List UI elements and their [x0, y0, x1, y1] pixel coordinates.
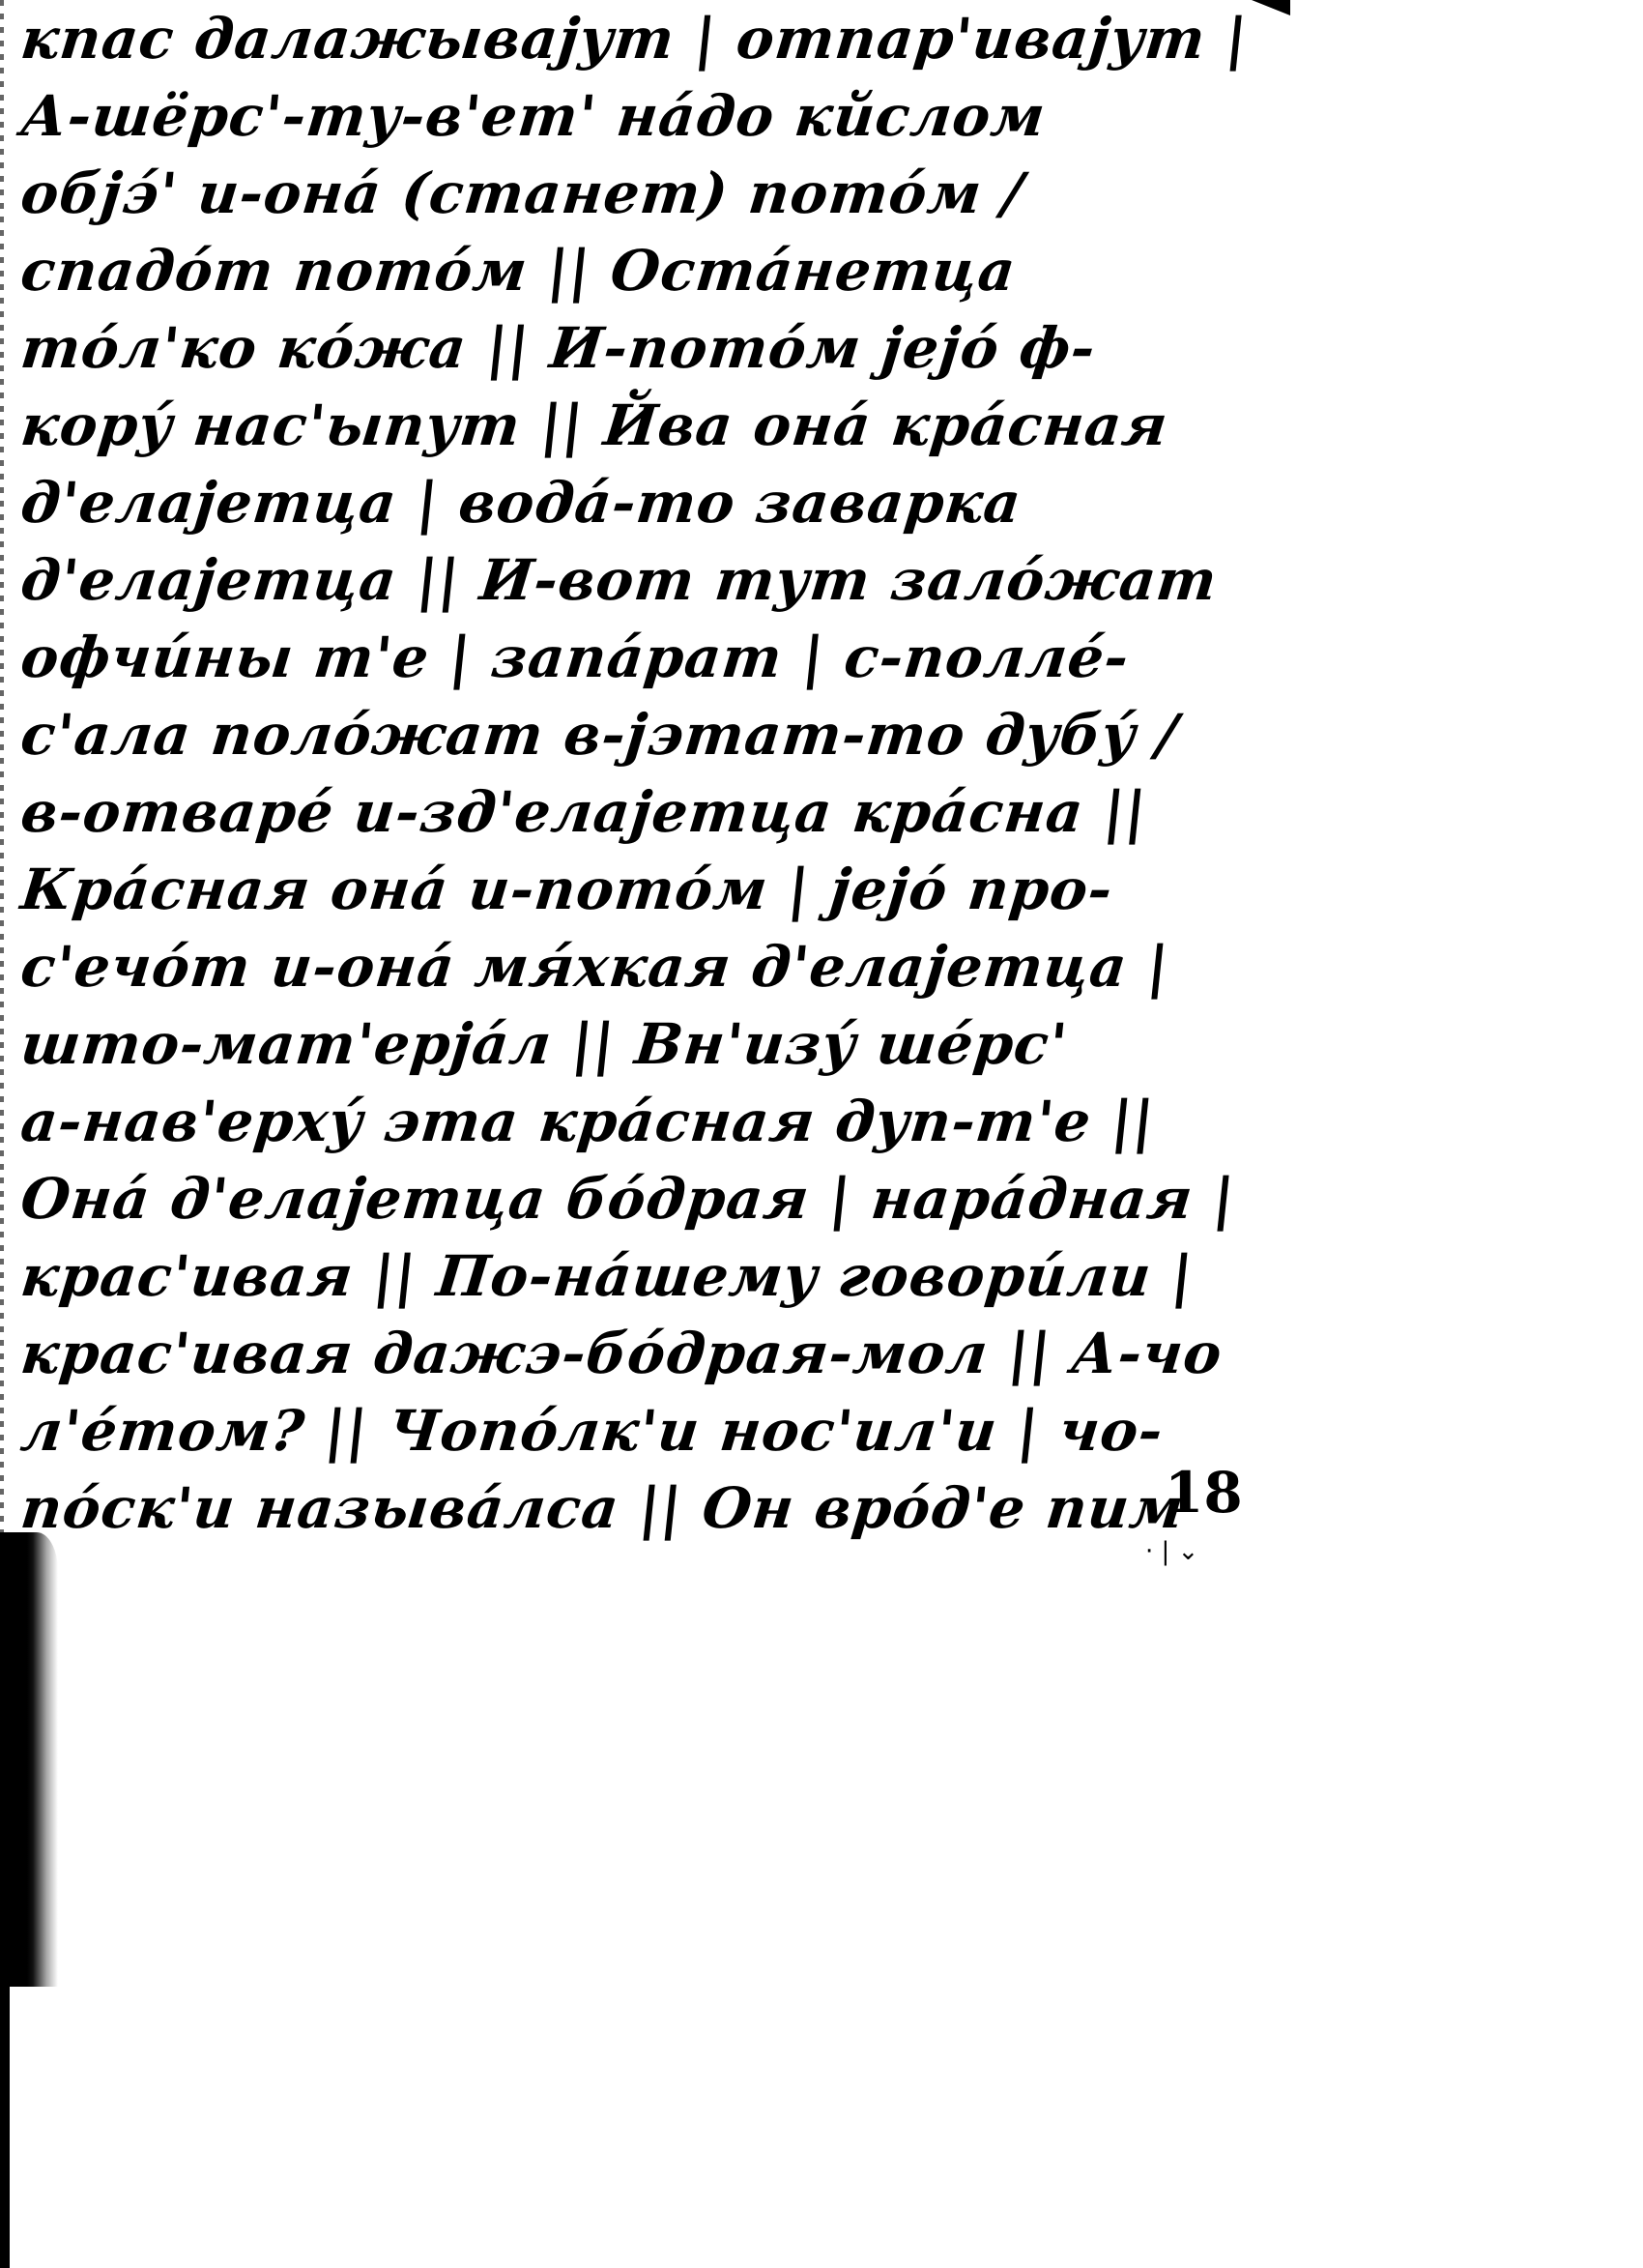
- text-line: објэ́' и-онá (станет) потóм /: [17, 155, 1301, 232]
- scanned-page: кпас далажывајут | отпар'ивајут | А-шёрс…: [0, 0, 1643, 2268]
- text-line: в-отварé и-зд'елајетца крáсна ||: [17, 773, 1301, 851]
- binding-shadow-lower: [0, 1982, 10, 2268]
- text-line: крас'ивая дажэ-бóдрая-мол || А-чо: [17, 1315, 1301, 1392]
- text-line: што-мат'ерјáл || Вн'изу́ шéрс': [17, 1005, 1301, 1083]
- text-line: д'елајетца || И-вот тут залóжат: [17, 541, 1301, 619]
- page-number: 18: [1165, 1460, 1243, 1526]
- binding-shadow: [0, 1532, 58, 1987]
- text-line: Онá д'елајетца бóдрая | нарáдная |: [17, 1160, 1301, 1237]
- text-line: спадóт потóм || Остáнетца: [17, 232, 1301, 309]
- text-line: Крáсная онá и-потóм | јејó про-: [17, 851, 1301, 928]
- text-line: д'елајетца | водá-то заварка: [17, 464, 1301, 541]
- text-line: с'ала полóжат в-јэтат-то дубу́ /: [17, 696, 1301, 773]
- text-line: А-шёрс'-ту-в'ет' нáдо кйслом: [17, 77, 1301, 155]
- text-line: тóл'ко кóжа || И-потóм јејó ф-: [17, 309, 1301, 387]
- handwritten-text-block: кпас далажывајут | отпар'ивајут | А-шёрс…: [21, 0, 1297, 1547]
- stray-pen-mark: · | ⌄: [1145, 1537, 1198, 1566]
- text-line: кпас далажывајут | отпар'ивајут |: [17, 0, 1301, 77]
- text-line: с'ечóт и-онá мя́хкая д'елајетца |: [17, 928, 1301, 1005]
- text-line: пóск'и назывáлса || Он врóд'е пим: [17, 1469, 1301, 1547]
- text-line: кору́ нас'ыпут || Йва онá крáсная: [17, 387, 1301, 464]
- text-line: офчи́ны т'е | запáрат | с-полле́-: [17, 619, 1301, 696]
- text-line: л'éтом? || Чопóлк'и нос'ил'и | чо-: [17, 1392, 1301, 1469]
- text-line: а-нав'ерху́ эта крáсная дуп-т'е ||: [17, 1083, 1301, 1160]
- text-line: крас'ивая || По-нáшему говори́ли |: [17, 1237, 1301, 1315]
